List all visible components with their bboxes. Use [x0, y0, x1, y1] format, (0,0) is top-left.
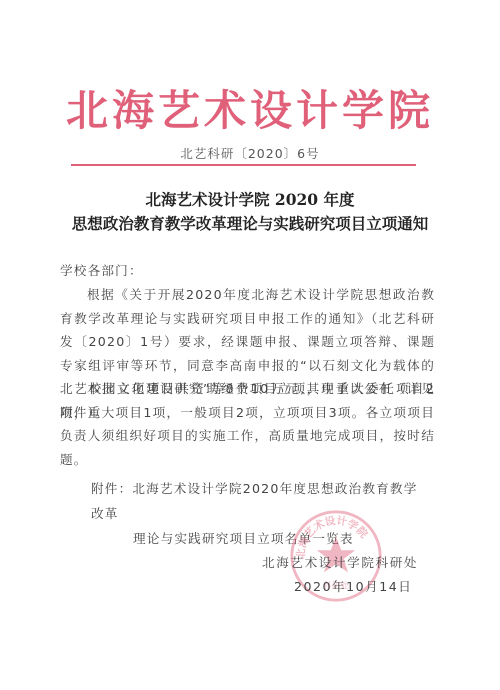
- issue-date: 2020年10月14日: [294, 576, 412, 595]
- document-title-line2: 思想政治教育教学改革理论与实践研究项目立项通知: [0, 212, 500, 234]
- red-divider: [71, 164, 416, 166]
- signature-department: 北海艺术设计学院科研处: [262, 552, 418, 571]
- masthead-title: 北海艺术设计学院: [0, 78, 500, 138]
- document-title-line1: 北海艺术设计学院 2020 年度: [0, 188, 500, 210]
- salutation: 学校各部门：: [60, 259, 435, 283]
- document-number: 北艺科研〔2020〕6号: [0, 144, 500, 162]
- body-paragraph-2: 本批立项项目共资助经费10万元,其中重大委托项目2项，重大项目1项，一般项目2项…: [60, 377, 435, 471]
